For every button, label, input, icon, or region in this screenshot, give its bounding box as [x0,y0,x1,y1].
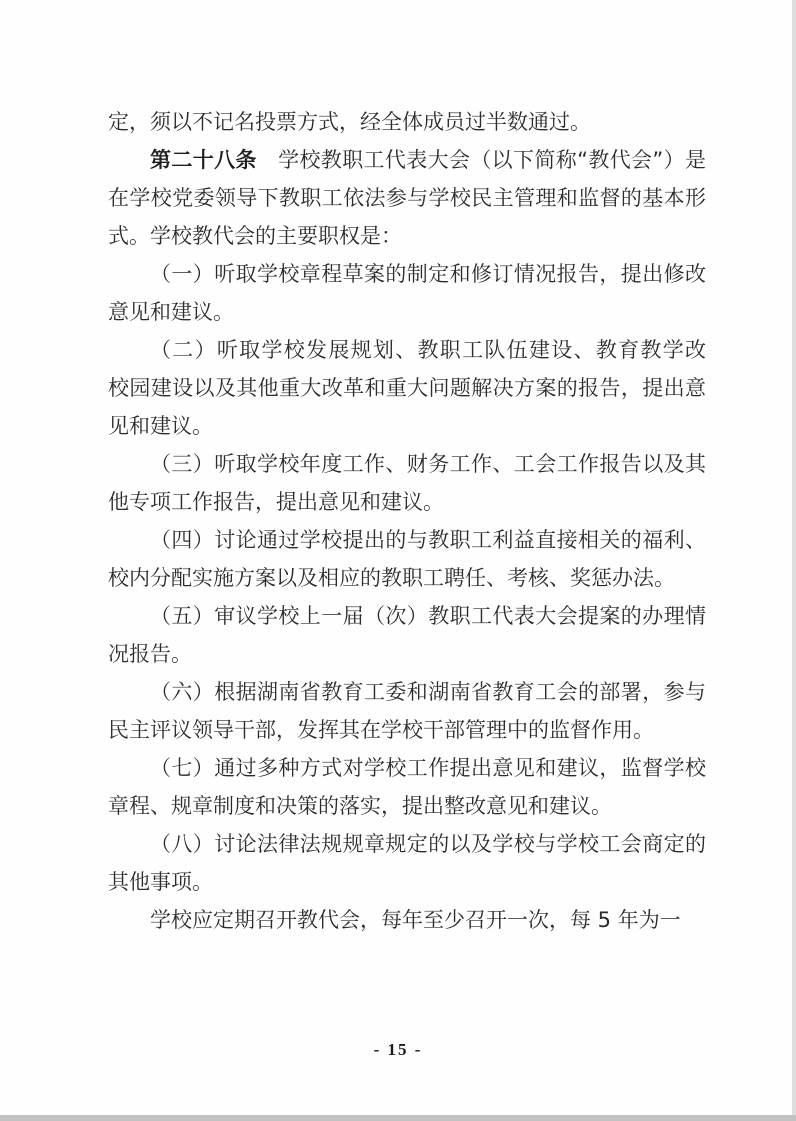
document-body: 定，须以不记名投票方式，经全体成员过半数通过。第二十八条 学校教职工代表大会（以… [108,103,706,939]
scanned-document-page: 定，须以不记名投票方式，经全体成员过半数通过。第二十八条 学校教职工代表大会（以… [0,0,796,1121]
text-line: 校内分配实施方案以及相应的教职工聘任、考核、奖惩办法。 [108,559,706,597]
text-line: 意见和建议。 [108,293,706,331]
text-line: （三）听取学校年度工作、财务工作、工会工作报告以及其 [108,445,706,483]
article-number-heading: 第二十八条 [150,148,257,172]
text-line: 章程、规章制度和决策的落实，提出整改意见和建议。 [108,787,706,825]
text-line: （一）听取学校章程草案的制定和修订情况报告，提出修改 [108,255,706,293]
text-line: 式。学校教代会的主要职权是： [108,217,706,255]
text-line: 况报告。 [108,635,706,673]
text-line: 他专项工作报告，提出意见和建议。 [108,483,706,521]
text-line: （八）讨论法律法规规章规定的以及学校与学校工会商定的 [108,825,706,863]
text-line: 在学校党委领导下教职工依法参与学校民主管理和监督的基本形 [108,179,706,217]
text-line: （六）根据湖南省教育工委和湖南省教育工会的部署，参与 [108,673,706,711]
text-line: （四）讨论通过学校提出的与教职工利益直接相关的福利、 [108,521,706,559]
text-line: 第二十八条 学校教职工代表大会（以下简称“教代会”）是 [108,141,706,179]
text-line: 定，须以不记名投票方式，经全体成员过半数通过。 [108,103,706,141]
text-line: 学校应定期召开教代会，每年至少召开一次，每 5 年为一届。 [108,901,706,939]
text-line: 见和建议。 [108,407,706,445]
page-number: - 15 - [0,1040,796,1060]
text-line: （七）通过多种方式对学校工作提出意见和建议，监督学校 [108,749,706,787]
text-line: 校园建设以及其他重大改革和重大问题解决方案的报告，提出意 [108,369,706,407]
text-line: （二）听取学校发展规划、教职工队伍建设、教育教学改革、 [108,331,706,369]
scan-edge-right [792,0,796,1121]
text-line: 其他事项。 [108,863,706,901]
scan-edge-bottom [0,1115,796,1121]
text-line: 民主评议领导干部，发挥其在学校干部管理中的监督作用。 [108,711,706,749]
text-line: （五）审议学校上一届（次）教职工代表大会提案的办理情 [108,597,706,635]
